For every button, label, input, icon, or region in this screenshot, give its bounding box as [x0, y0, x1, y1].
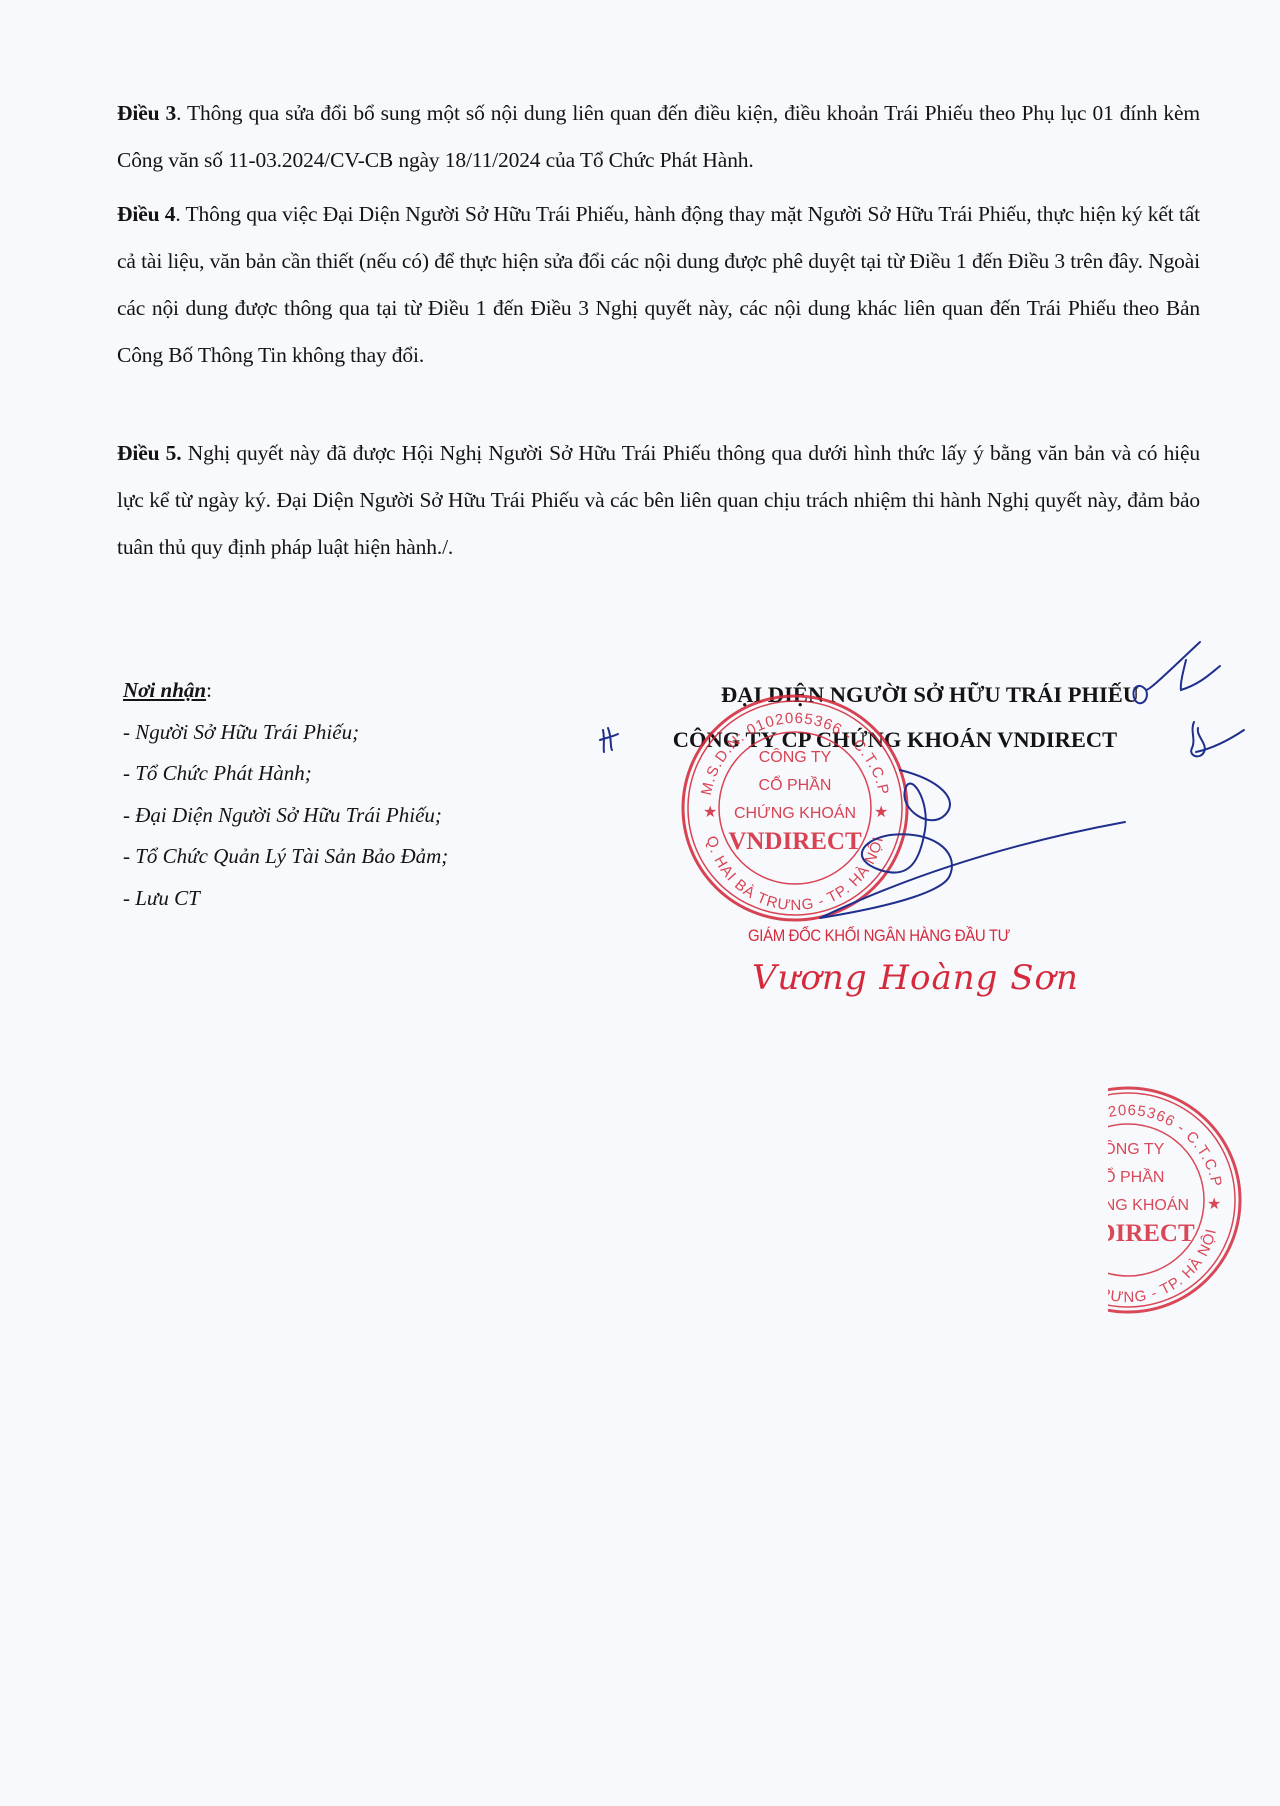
- svg-text:Q. HAI BÀ TRƯNG - TP. HÀ NỘI: Q. HAI BÀ TRƯNG - TP. HÀ NỘI: [703, 834, 888, 914]
- recipient-item: - Tổ Chức Phát Hành;: [123, 753, 448, 795]
- recipient-item: - Người Sở Hữu Trái Phiếu;: [123, 712, 448, 754]
- article-5: Điều 5. Nghị quyết này đã được Hội Nghị …: [117, 430, 1200, 571]
- signature-heading: ĐẠI DIỆN NGƯỜI SỞ HỮU TRÁI PHIẾU CÔNG TY…: [585, 672, 1205, 762]
- article-5-text: Nghị quyết này đã được Hội Nghị Người Sở…: [117, 441, 1200, 559]
- svg-text:CÔNG TY: CÔNG TY: [1092, 1139, 1165, 1158]
- recipient-item: - Tổ Chức Quản Lý Tài Sản Bảo Đảm;: [123, 836, 448, 878]
- svg-text:M.S.D.N: 0102065366 - C.T.C.P: M.S.D.N: 0102065366 - C.T.C.P: [1031, 1102, 1225, 1189]
- signer-title: GIÁM ĐỐC KHỐI NGÂN HÀNG ĐẦU TƯ: [748, 926, 1010, 946]
- article-3-label: Điều 3: [117, 101, 176, 125]
- recipient-item: - Đại Diện Người Sở Hữu Trái Phiếu;: [123, 795, 448, 837]
- article-4-label: Điều 4: [117, 202, 175, 226]
- article-4-text: . Thông qua việc Đại Diện Người Sở Hữu T…: [117, 202, 1200, 367]
- article-4: Điều 4. Thông qua việc Đại Diện Người Sở…: [117, 191, 1200, 379]
- signature-heading-line2: CÔNG TY CP CHỨNG KHOÁN VNDIRECT: [585, 717, 1205, 762]
- svg-text:CHỨNG KHOÁN: CHỨNG KHOÁN: [734, 803, 856, 822]
- handwritten-signature-icon: [820, 770, 1125, 918]
- signature-heading-line1: ĐẠI DIỆN NGƯỜI SỞ HỮU TRÁI PHIẾU: [655, 672, 1205, 717]
- svg-text:Q. HAI BÀ TRƯNG - TP. HÀ NỘI: Q. HAI BÀ TRƯNG - TP. HÀ NỘI: [1036, 1226, 1221, 1306]
- document-page: Điều 3. Thông qua sửa đổi bổ sung một số…: [0, 0, 1280, 1806]
- svg-text:CỔ PHẦN: CỔ PHẦN: [759, 775, 832, 794]
- article-3-text: . Thông qua sửa đổi bổ sung một số nội d…: [117, 101, 1200, 172]
- svg-text:VNDIRECT: VNDIRECT: [1061, 1220, 1195, 1247]
- svg-text:★: ★: [1207, 1196, 1221, 1213]
- recipient-item: - Lưu CT: [123, 878, 448, 920]
- svg-text:CHỨNG KHOÁN: CHỨNG KHOÁN: [1067, 1195, 1189, 1214]
- svg-text:VNDIRECT: VNDIRECT: [728, 828, 862, 855]
- article-3: Điều 3. Thông qua sửa đổi bổ sung một số…: [117, 90, 1200, 184]
- article-5-label: Điều 5.: [117, 441, 181, 465]
- svg-text:★: ★: [703, 804, 717, 821]
- cross-page-stamp: M.S.D.N: 0102065366 - C.T.C.P Q. HAI BÀ …: [1016, 1088, 1240, 1312]
- recipients-title: Nơi nhận: [123, 678, 206, 702]
- svg-text:★: ★: [874, 804, 888, 821]
- svg-text:CỔ PHẦN: CỔ PHẦN: [1092, 1167, 1165, 1186]
- recipients-list: Nơi nhận: - Người Sở Hữu Trái Phiếu; - T…: [123, 670, 448, 919]
- signer-name: Vương Hoàng Sơn: [752, 958, 1079, 998]
